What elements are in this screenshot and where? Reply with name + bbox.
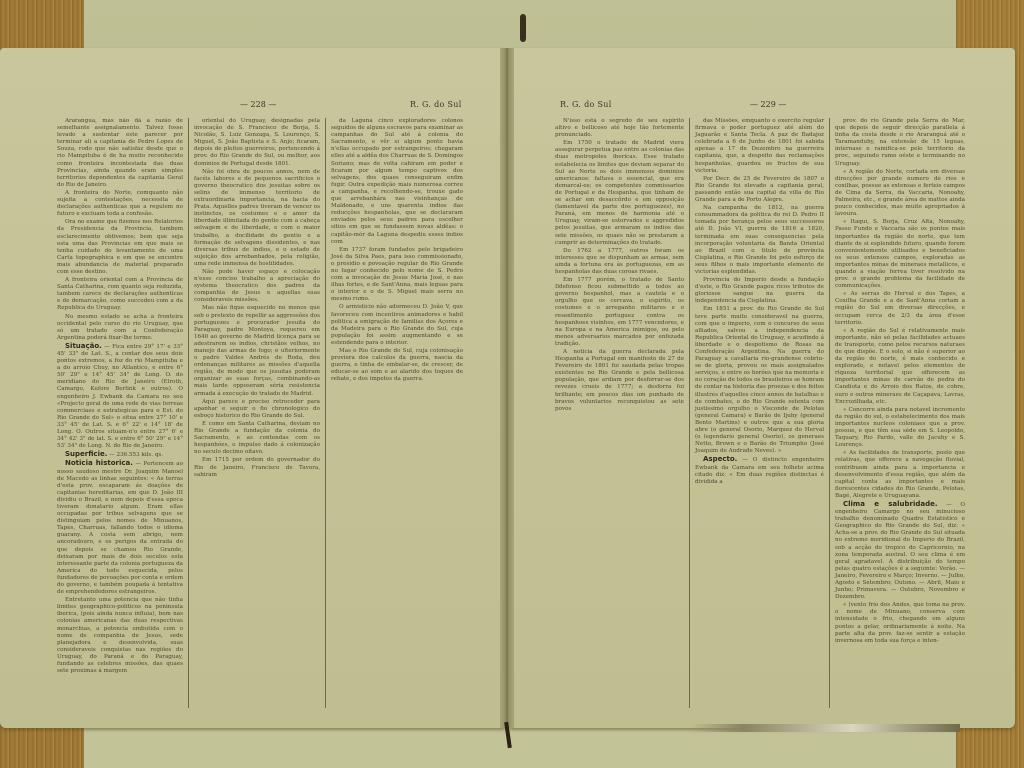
right-page-number: — 229 —	[750, 100, 786, 109]
paragraph: A fronteira oriental com a Provincia de …	[57, 277, 183, 312]
left-page-number: — 228 —	[240, 100, 276, 109]
right-col-3: prov. do rio Grande pela Serra do Mar, q…	[830, 118, 970, 708]
paragraph: das Missões, emquanto o exercito regular…	[695, 118, 824, 175]
book-gutter	[500, 48, 514, 728]
left-page: — 228 — R. G. do Sul Ararangua, mas não …	[0, 48, 505, 728]
left-running-head: R. G. do Sul	[410, 100, 462, 109]
paragraph: prov. do rio Grande pela Serra do Mar, q…	[835, 118, 965, 168]
paragraph: da Laguna cinco exploradores colonos seg…	[331, 118, 463, 246]
torn-page-edge	[690, 724, 960, 732]
left-col-2: oriental do Uruguay, designadas pela inv…	[189, 118, 326, 708]
section-text: — Fica entre 29° 17' e 33° 45' 33" de La…	[57, 344, 183, 449]
paragraph: Mas não fique esquecido no menos que sob…	[194, 305, 320, 397]
paragraph: Em 1851 a prov. do Rio Grande do Sul tev…	[695, 306, 824, 455]
left-col-3: da Laguna cinco exploradores colonos seg…	[326, 118, 468, 708]
paragraph: Na campanha de 1812, na guerra consummad…	[695, 205, 824, 276]
right-col-2: das Missões, emquanto o exercito regular…	[690, 118, 830, 708]
right-running-head: R. G. do Sul	[560, 100, 612, 109]
paragraph: A noticia da guerra declarada pela Hespa…	[555, 349, 684, 413]
section-heading: Noticia historica.	[65, 459, 133, 467]
right-page: R. G. do Sul — 229 — N'isso está o segre…	[510, 48, 1015, 728]
section-text: — O engenheiro Camargo no seu minucioso …	[835, 502, 965, 600]
section-heading: Superficie.	[65, 450, 107, 458]
paragraph: Não pode haver espaço e colocação n'esse…	[194, 269, 320, 304]
binding-thread-top	[520, 14, 526, 42]
paragraph: Em 1715 por ordem do governador do Rio d…	[194, 457, 320, 478]
section-heading: Situação.	[65, 342, 102, 350]
paragraph: E como em Santa Catharina, deviam no Rio…	[194, 421, 320, 456]
left-col-1: Ararangua, mas não dá a razão de semelha…	[52, 118, 189, 708]
paragraph: Em 1777 porém, o tratado de Santo Ildefo…	[555, 277, 684, 348]
paragraph: Mas o Rio Grande do Sul, cuja colonisaçã…	[331, 348, 463, 383]
paragraph: « As serras do Herval e dos Tapes, a Cox…	[835, 291, 965, 326]
section-text: — 236.553 kils. qs.	[109, 452, 163, 458]
paragraph: Do 1762 a 1777, outros foram os interess…	[555, 248, 684, 276]
paragraph: Por Decr. de 25 de Fevereiro de 1807 o R…	[695, 176, 824, 204]
section-situacao: Situação. — Fica entre 29° 17' e 33° 45'…	[57, 343, 183, 450]
paragraph: « Itaqui, S. Borja, Cruz Alta, Nonoahy, …	[835, 219, 965, 290]
paragraph: Não foi obra de poucos annos, nem de fac…	[194, 169, 320, 268]
paragraph: Ora no exame que fizemos nos Relatorios …	[57, 219, 183, 276]
section-heading: Aspecto.	[703, 455, 737, 463]
paragraph: Ararangua, mas não dá a razão de semelha…	[57, 118, 183, 189]
paragraph: « A região do Sul é relativamente mais i…	[835, 328, 965, 406]
paragraph: Provincia do Imperio desde a fundação d'…	[695, 277, 824, 305]
paragraph: N'isso está o segredo de seu espirito al…	[555, 118, 684, 139]
paragraph: « (vento frio dos Andes, que toma na pro…	[835, 602, 965, 645]
paragraph: oriental do Uruguay, designadas pela inv…	[194, 118, 320, 168]
section-heading: Clima e salubridade.	[843, 500, 938, 508]
section-noticia-historica: Noticia historica. — Pertencem ao nosso …	[57, 460, 183, 596]
paragraph: « A região do Norte, cortada em diversas…	[835, 169, 965, 219]
paragraph: Aqui parece e preciso retroceder para ap…	[194, 399, 320, 420]
paragraph: A fronteira do Norte, comquanto não suje…	[57, 190, 183, 218]
backdrop-bottom	[84, 730, 956, 768]
paragraph: Em 1750 o tratado de Madrid viera assegu…	[555, 140, 684, 246]
paragraph: O armisticio não adormeceu D. João V, qu…	[331, 304, 463, 347]
paragraph: « As facilidades de transporte, posto qu…	[835, 450, 965, 500]
open-book: — 228 — R. G. do Sul Ararangua, mas não …	[0, 40, 1024, 730]
right-page-columns: N'isso está o segredo de seu espirito al…	[550, 118, 970, 708]
section-aspecto: Aspecto. — O distincto engenheiro Ewbank…	[695, 456, 824, 485]
section-text: — Pertencem ao nosso saudoso mestre Dr. …	[57, 461, 183, 595]
paragraph: Entretanto uma potencia que não tinha li…	[57, 597, 183, 675]
paragraph: No mesmo estado se acha a fronteira occi…	[57, 314, 183, 342]
section-clima: Clima e salubridade. — O engenheiro Cama…	[835, 501, 965, 601]
paragraph: « Concorre ainda para notavel incremento…	[835, 407, 965, 450]
paragraph: Em 1737 foram fundados pelo brigadeiro J…	[331, 247, 463, 304]
left-page-columns: Ararangua, mas não dá a razão de semelha…	[52, 118, 468, 708]
right-col-1: N'isso está o segredo de seu espirito al…	[550, 118, 690, 708]
section-superficie: Superficie. — 236.553 kils. qs.	[57, 451, 183, 459]
